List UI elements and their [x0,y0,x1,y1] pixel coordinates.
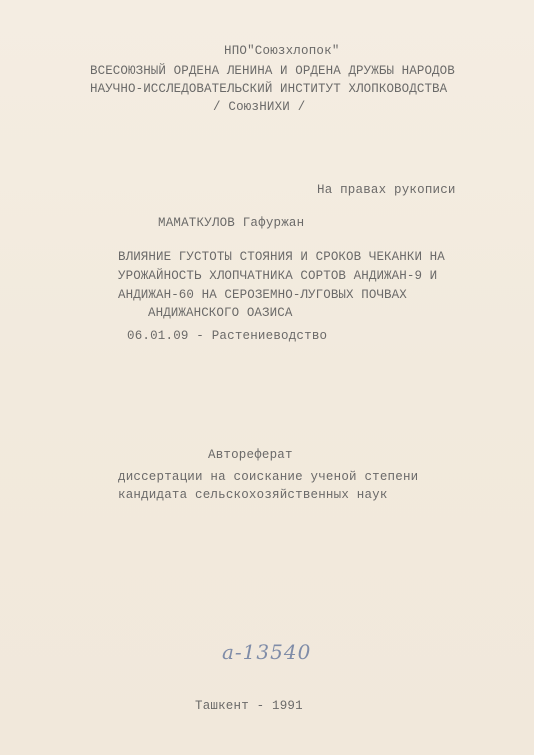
document-page: НПО"Союзхлопок" ВСЕСОЮЗНЫЙ ОРДЕНА ЛЕНИНА… [0,0,534,755]
document-type: Автореферат [208,447,293,463]
author-name: МАМАТКУЛОВ Гафуржан [158,215,304,231]
institute-line-1: ВСЕСОЮЗНЫЙ ОРДЕНА ЛЕНИНА И ОРДЕНА ДРУЖБЫ… [90,63,455,79]
institute-line-2: НАУЧНО-ИССЛЕДОВАТЕЛЬСКИЙ ИНСТИТУТ ХЛОПКО… [90,81,447,97]
thesis-title-line-2: УРОЖАЙНОСТЬ ХЛОПЧАТНИКА СОРТОВ АНДИЖАН-9… [118,268,437,284]
handwritten-inventory-number: а-13540 [222,640,311,664]
thesis-title-line-3: АНДИЖАН-60 НА СЕРОЗЕМНО-ЛУГОВЫХ ПОЧВАХ [118,287,407,303]
footer-city-year: Ташкент - 1991 [195,698,303,714]
thesis-title-line-1: ВЛИЯНИЕ ГУСТОТЫ СТОЯНИЯ И СРОКОВ ЧЕКАНКИ… [118,249,445,265]
specialty-code: 06.01.09 - Растениеводство [127,328,327,344]
purpose-line-1: диссертации на соискание ученой степени [118,469,418,485]
rights-note: На правах рукописи [317,182,456,198]
institute-abbreviation: / СоюзНИХИ / [213,99,305,115]
purpose-line-2: кандидата сельскохозяйственных наук [118,487,388,503]
organization-name: НПО"Союзхлопок" [224,43,340,59]
thesis-title-line-4: АНДИЖАНСКОГО ОАЗИСА [148,305,292,321]
